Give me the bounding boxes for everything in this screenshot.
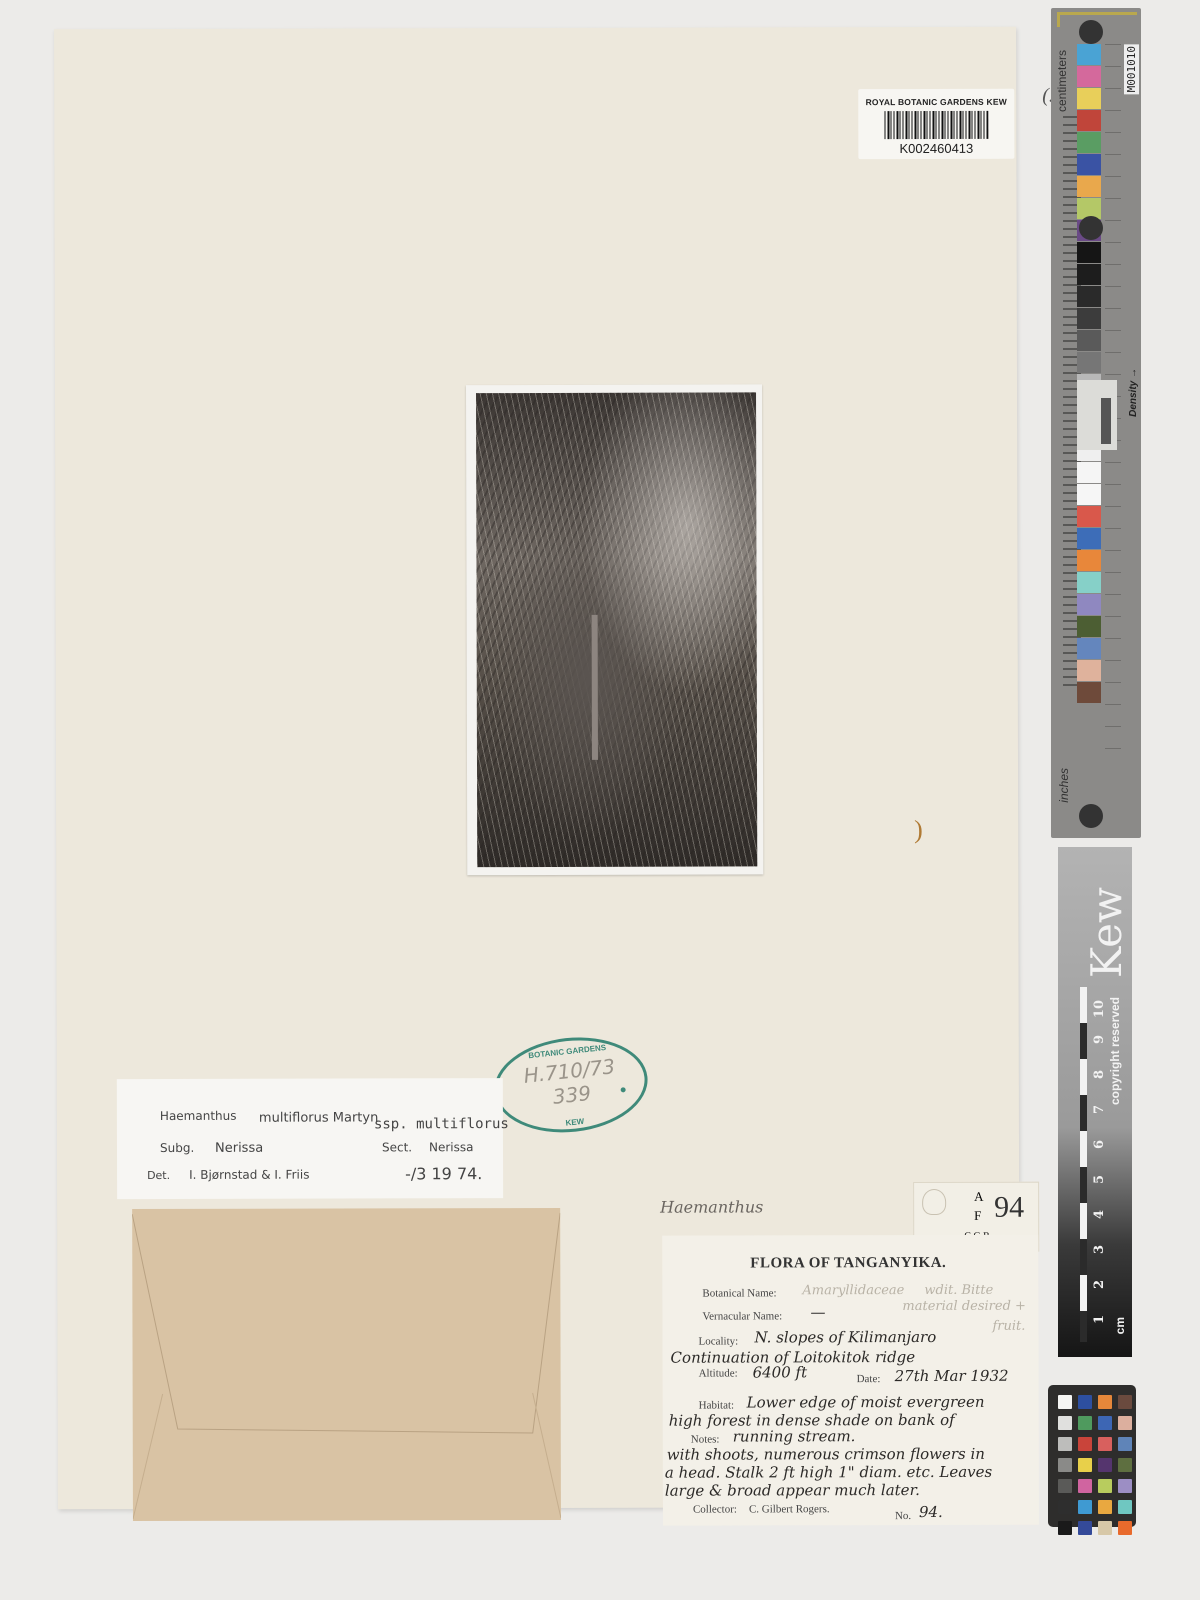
checker-patch — [1078, 1416, 1092, 1430]
det-subgenus-label: Subg. — [160, 1141, 194, 1155]
color-checker-card — [1048, 1385, 1136, 1527]
color-swatch — [1077, 44, 1101, 65]
ruler-blocks — [1080, 987, 1087, 1342]
checker-patch — [1058, 1479, 1072, 1493]
density-inset — [1077, 380, 1117, 450]
det-by-label: Det. — [147, 1169, 170, 1182]
notes-line-4: large & broad appear much later. — [665, 1481, 920, 1500]
pencil-sketch-icon — [922, 1189, 946, 1215]
collection-number: 94. — [919, 1503, 943, 1521]
color-swatch — [1077, 594, 1101, 615]
color-swatch — [1077, 352, 1101, 373]
centimeters-label: centimeters — [1055, 50, 1069, 112]
checker-patch — [1098, 1416, 1112, 1430]
color-swatch — [1077, 176, 1101, 197]
color-swatch — [1077, 330, 1101, 351]
checker-patch — [1118, 1437, 1132, 1451]
checker-patch — [1098, 1395, 1112, 1409]
det-section-label: Sect. — [382, 1140, 412, 1154]
ruler-digit: 8 — [1092, 1070, 1107, 1079]
checker-patch — [1078, 1500, 1092, 1514]
kew-ruler: Kew copyright reserved 12345678910 cm — [1058, 847, 1132, 1357]
color-swatch — [1077, 660, 1101, 681]
field-photograph — [466, 384, 763, 875]
color-swatch — [1077, 286, 1101, 307]
color-scale-bar: centimeters M001010 Density → inches — [1051, 8, 1141, 838]
barcode-number: K002460413 — [858, 141, 1014, 156]
ruler-digit: 2 — [1092, 1280, 1107, 1289]
checker-patch — [1098, 1437, 1112, 1451]
ruler-digit: 6 — [1092, 1140, 1107, 1149]
botanical-note-2: material desired + — [902, 1299, 1026, 1314]
color-swatch — [1077, 132, 1101, 153]
color-swatch — [1077, 616, 1101, 637]
checker-patch — [1098, 1521, 1112, 1535]
altitude-label: Altitude: — [699, 1367, 738, 1379]
color-swatch — [1077, 110, 1101, 131]
checker-patch — [1078, 1521, 1092, 1535]
vernacular-name: — — [810, 1303, 825, 1321]
glue-mark: ) — [914, 815, 923, 845]
checker-patch — [1058, 1395, 1072, 1409]
plant-stalk — [592, 615, 598, 760]
fragment-envelope — [132, 1208, 561, 1521]
color-swatch — [1077, 528, 1101, 549]
checker-patch — [1118, 1458, 1132, 1472]
checker-patch — [1118, 1521, 1132, 1535]
color-swatch — [1077, 88, 1101, 109]
color-swatch — [1077, 462, 1101, 483]
collector-label: Collector: — [693, 1503, 737, 1515]
checker-patch — [1058, 1500, 1072, 1514]
handwritten-genus: Haemanthus — [660, 1197, 763, 1216]
scale-id: M001010 — [1124, 44, 1139, 94]
determination-label: Haemanthus multiflorus Martyn ssp. multi… — [117, 1078, 503, 1199]
envelope-fold-lines — [132, 1208, 561, 1521]
habitat-label: Habitat: — [699, 1399, 734, 1411]
altitude-value: 6400 ft — [753, 1363, 808, 1381]
accession-stamp: BOTANIC GARDENS H.710/73 339 KEW — [489, 1030, 652, 1140]
photo-image — [476, 392, 757, 867]
color-swatch — [1077, 484, 1101, 505]
color-swatch — [1077, 638, 1101, 659]
collection-label: FLORA OF TANGANYIKA. Botanical Name: Ama… — [662, 1235, 1039, 1526]
botanical-name-label: Botanical Name: — [702, 1287, 776, 1299]
color-swatch — [1077, 572, 1101, 593]
det-date: -/3 19 74. — [405, 1164, 482, 1183]
copyright-text: copyright reserved — [1108, 997, 1122, 1105]
notes-line-1: running stream. — [733, 1427, 856, 1445]
ruler-unit: cm — [1113, 1317, 1127, 1334]
locality-label: Locality: — [698, 1335, 738, 1347]
habitat-line-1: Lower edge of moist evergreen — [747, 1393, 985, 1412]
checker-patch — [1058, 1458, 1072, 1472]
barcode-label: ROYAL BOTANIC GARDENS KEW K002460413 — [858, 89, 1014, 159]
color-swatch — [1077, 264, 1101, 285]
checker-patch — [1078, 1458, 1092, 1472]
ruler-digit: 3 — [1092, 1245, 1107, 1254]
ruler-digit: 7 — [1092, 1105, 1107, 1114]
collector-name: C. Gilbert Rogers. — [749, 1503, 830, 1515]
af-letter-a: A — [974, 1189, 983, 1205]
checker-patch — [1078, 1479, 1092, 1493]
ruler-digit: 5 — [1092, 1175, 1107, 1184]
det-section: Nerissa — [429, 1140, 474, 1154]
color-swatch — [1077, 66, 1101, 87]
stamp-bottom-text: KEW — [501, 1110, 649, 1135]
checker-patch — [1098, 1458, 1112, 1472]
af-number: 94 — [994, 1191, 1024, 1225]
checker-patch — [1098, 1479, 1112, 1493]
checker-patch — [1118, 1500, 1132, 1514]
checker-patch — [1118, 1416, 1132, 1430]
checker-patch — [1118, 1479, 1132, 1493]
color-swatch — [1077, 154, 1101, 175]
det-determiners: I. Bjørnstad & I. Friis — [189, 1168, 309, 1182]
barcode-institution: ROYAL BOTANIC GARDENS KEW — [858, 97, 1014, 107]
color-swatch — [1077, 308, 1101, 329]
checker-patch — [1078, 1395, 1092, 1409]
color-swatch — [1077, 242, 1101, 263]
notes-line-3: a head. Stalk 2 ft high 1" diam. etc. Le… — [665, 1463, 992, 1482]
det-subspecies: ssp. multiflorus — [374, 1116, 509, 1132]
hanging-hole-icon — [1079, 20, 1103, 44]
checker-patch — [1078, 1437, 1092, 1451]
det-subgenus: Nerissa — [215, 1141, 263, 1156]
date-label: Date: — [857, 1373, 881, 1385]
ruler-digit: 4 — [1092, 1210, 1107, 1219]
collection-number-label: No. — [895, 1510, 911, 1522]
checker-patch — [1098, 1500, 1112, 1514]
inches-label: inches — [1057, 768, 1071, 803]
checker-patch — [1058, 1416, 1072, 1430]
density-label: Density → — [1128, 368, 1139, 417]
notes-line-2: with shoots, numerous crimson flowers in — [667, 1445, 985, 1464]
af-letter-f: F — [974, 1208, 981, 1224]
color-swatch — [1077, 682, 1101, 703]
botanical-note-1: wdit. Bitte — [924, 1283, 993, 1298]
det-genus: Haemanthus — [160, 1109, 237, 1123]
checker-patch — [1058, 1521, 1072, 1535]
hanging-hole-icon — [1079, 216, 1103, 240]
ruler-digit: 10 — [1092, 1000, 1107, 1018]
botanical-note-3: fruit. — [992, 1319, 1025, 1334]
botanical-name: Amaryllidaceae — [802, 1283, 904, 1298]
kew-logo: Kew — [1082, 887, 1131, 978]
herbarium-sheet: ROYAL BOTANIC GARDENS KEW K002460413 (. … — [54, 27, 1020, 1510]
notes-label: Notes: — [691, 1434, 720, 1446]
ruler-digit: 9 — [1092, 1035, 1107, 1044]
color-swatches — [1077, 44, 1101, 704]
color-swatch — [1077, 506, 1101, 527]
det-species: multiflorus Martyn — [259, 1110, 378, 1125]
barcode-icon — [884, 111, 988, 139]
collection-label-title: FLORA OF TANGANYIKA. — [750, 1255, 946, 1273]
hanging-hole-icon — [1079, 804, 1103, 828]
date-value: 27th Mar 1932 — [895, 1367, 1009, 1385]
locality-line-1: N. slopes of Kilimanjaro — [754, 1328, 936, 1346]
ruler-digit: 1 — [1092, 1315, 1107, 1324]
checker-patch — [1118, 1395, 1132, 1409]
checker-patch — [1058, 1437, 1072, 1451]
color-swatch — [1077, 550, 1101, 571]
vernacular-name-label: Vernacular Name: — [702, 1310, 782, 1322]
